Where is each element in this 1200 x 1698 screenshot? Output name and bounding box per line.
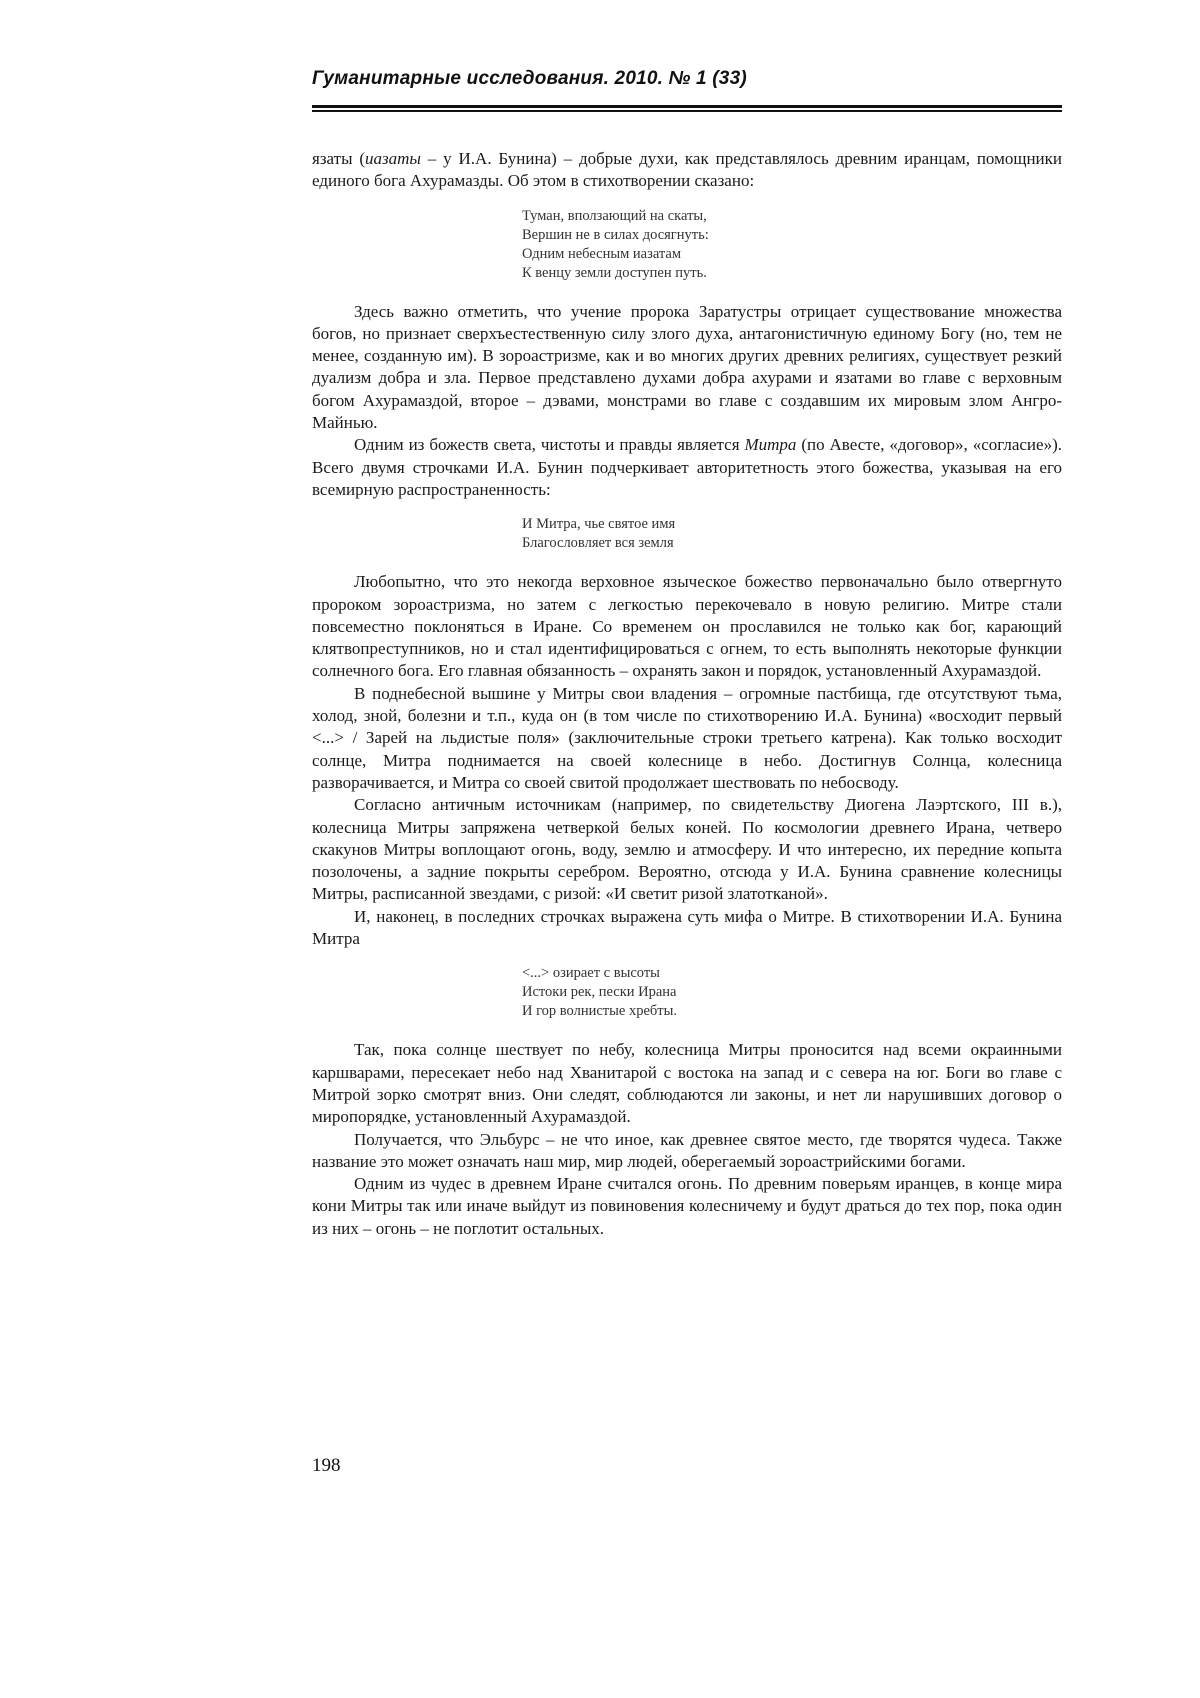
paragraph: Одним из чудес в древнем Иране считался … — [312, 1173, 1062, 1240]
verse-line: Туман, вползающий на скаты, — [522, 207, 1062, 226]
verse-line: <...> озирает с высоты — [522, 964, 1062, 983]
italic-term: Митра — [744, 435, 796, 454]
verse-line: К венцу земли доступен путь. — [522, 264, 1062, 283]
page-number: 198 — [312, 1455, 341, 1477]
verse-line: Одним небесным иазатам — [522, 245, 1062, 264]
verse-line: Благословляет вся земля — [522, 534, 1062, 553]
paragraph: Так, пока солнце шествует по небу, колес… — [312, 1039, 1062, 1128]
paragraph: Любопытно, что это некогда верховное язы… — [312, 571, 1062, 682]
verse-quote-2: И Митра, чье святое имя Благословляет вс… — [522, 515, 1062, 553]
paragraph: Согласно античным источникам (например, … — [312, 794, 1062, 905]
paragraph-continuation: язаты (иазаты – у И.А. Бунина) – добрые … — [312, 148, 1062, 193]
italic-term: иазаты — [365, 149, 421, 168]
verse-line: Истоки рек, пески Ирана — [522, 983, 1062, 1002]
verse-line: И гор волнистые хребты. — [522, 1002, 1062, 1021]
paragraph: И, наконец, в последних строчках выражен… — [312, 906, 1062, 951]
verse-line: И Митра, чье святое имя — [522, 515, 1062, 534]
running-head: Гуманитарные исследования. 2010. № 1 (33… — [312, 68, 1062, 90]
paragraph: В поднебесной вышине у Митры свои владен… — [312, 683, 1062, 794]
verse-line: Вершин не в силах досягнуть: — [522, 226, 1062, 245]
article-body: язаты (иазаты – у И.А. Бунина) – добрые … — [312, 148, 1062, 1240]
verse-quote-3: <...> озирает с высоты Истоки рек, пески… — [522, 964, 1062, 1021]
header-rule-thin — [312, 110, 1062, 112]
paragraph: Одним из божеств света, чистоты и правды… — [312, 434, 1062, 501]
paragraph: Здесь важно отметить, что учение пророка… — [312, 301, 1062, 435]
paragraph: Получается, что Эльбурс – не что иное, к… — [312, 1129, 1062, 1174]
header-rule-thick — [312, 105, 1062, 108]
verse-quote-1: Туман, вползающий на скаты, Вершин не в … — [522, 207, 1062, 283]
